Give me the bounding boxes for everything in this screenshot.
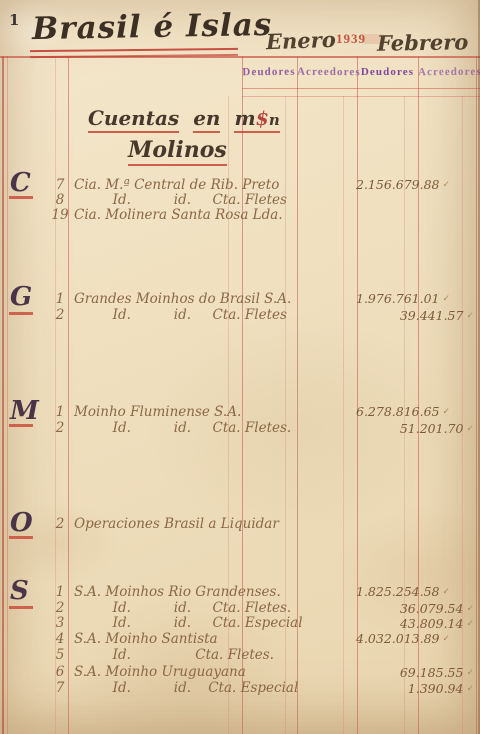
account-number: 7 [50, 177, 70, 193]
amount-deudores: 1.825.254.58✓ [356, 584, 450, 599]
account-name: Grandes Moinhos do Brasil S.A. [74, 291, 291, 307]
molinos-heading: Molinos [128, 137, 227, 166]
heading-word: Cuentas [88, 106, 179, 133]
account-number: 2 [50, 420, 70, 436]
ledger-page: 1 Brasil é Islas Enero 1939 Febrero Deud… [0, 0, 480, 734]
amount-acreedores: 1.390.94✓ [390, 681, 474, 696]
check-mark: ✓ [443, 180, 451, 190]
account-number: 8 [50, 192, 70, 208]
account-name: Id. id. Cta. Especial [74, 680, 298, 696]
column-header-deudores-2: Deudores [357, 66, 418, 78]
section-letter-underline [9, 536, 33, 539]
accounts-heading: Cuentasenm$n [88, 106, 280, 130]
check-mark: ✓ [466, 619, 474, 629]
ledger-row: 7 Id. id. Cta. Especial 1.390.94✓ [0, 680, 480, 697]
check-mark: ✓ [466, 684, 474, 694]
check-mark: ✓ [466, 311, 474, 321]
subheader-hline [242, 88, 480, 89]
check-mark: ✓ [443, 634, 451, 644]
account-number: 6 [50, 664, 70, 680]
check-mark: ✓ [466, 604, 474, 614]
month-label-enero: Enero [266, 27, 337, 54]
dollar-sign: $ [256, 108, 269, 130]
ledger-row: 6 S.A. Moinho Uruguayana 69.185.55✓ [0, 664, 480, 681]
check-mark: ✓ [466, 424, 474, 434]
amount-acreedores: 43.809.14✓ [390, 616, 474, 631]
account-number: 19 [50, 207, 70, 223]
account-name: S.A. Moinho Uruguayana [74, 664, 246, 680]
ledger-row: 2 Operaciones Brasil a Liquidar [0, 516, 480, 533]
account-number: 2 [50, 516, 70, 532]
account-name: Id. id. Cta. Especial [74, 615, 303, 631]
column-header-acreedores-1: Acreedores [297, 66, 357, 78]
amount-deudores: 2.156.679.88✓ [356, 177, 450, 192]
account-name: Cia. Molinera Santa Rosa Lda. [74, 207, 283, 223]
currency-unit: m$n [234, 106, 279, 133]
account-number: 1 [50, 584, 70, 600]
account-name: Id. Cta. Fletes. [74, 647, 274, 663]
account-name: Cia. M.ª Central de Rib. Preto [74, 177, 279, 193]
account-name: Moinho Fluminense S.A. [74, 404, 241, 420]
account-name: Operaciones Brasil a Liquidar [74, 516, 279, 532]
account-number: 5 [50, 647, 70, 663]
account-name: S.A. Moinho Santista [74, 631, 218, 647]
ledger-row: 5 Id. Cta. Fletes. [0, 647, 480, 664]
amount-acreedores: 39.441.57✓ [390, 308, 474, 323]
account-number: 7 [50, 680, 70, 696]
ledger-row: 3 Id. id. Cta. Especial 43.809.14✓ [0, 615, 480, 632]
subheader-hline-2 [242, 96, 480, 97]
account-name: Id. id. Cta. Fletes. [74, 420, 291, 436]
account-name: Id. id. Cta. Fletes [74, 307, 287, 323]
amount-deudores: 6.278.816.65✓ [356, 404, 450, 419]
ledger-row: 1 Moinho Fluminense S.A. 6.278.816.65✓ [0, 404, 480, 421]
ledger-row: 2 Id. id. Cta. Fletes. 51.201.70✓ [0, 420, 480, 437]
ledger-row: 2 Id. id. Cta. Fletes 39.441.57✓ [0, 307, 480, 324]
account-number: 2 [50, 307, 70, 323]
amount-acreedores: 69.185.55✓ [390, 665, 474, 680]
amount-acreedores: 51.201.70✓ [390, 421, 474, 436]
account-number: 1 [50, 404, 70, 420]
account-name: Id. id. Cta. Fletes [74, 192, 287, 208]
account-number: 3 [50, 615, 70, 631]
account-name: S.A. Moinhos Rio Grandenses. [74, 584, 281, 600]
page-number: 1 [9, 11, 19, 29]
amount-acreedores: 36.079.54✓ [390, 601, 474, 616]
account-number: 1 [50, 291, 70, 307]
account-name: Id. id. Cta. Fletes. [74, 600, 291, 616]
amount-deudores: 4.032.013.89✓ [356, 631, 450, 646]
ledger-row: 4 S.A. Moinho Santista 4.032.013.89✓ [0, 631, 480, 648]
month-label-febrero: Febrero [377, 29, 469, 56]
column-header-deudores-1: Deudores [241, 66, 297, 78]
check-mark: ✓ [443, 407, 451, 417]
account-number: 4 [50, 631, 70, 647]
heading-word: en [193, 106, 220, 133]
check-mark: ✓ [443, 294, 451, 304]
check-mark: ✓ [443, 587, 451, 597]
amount-deudores: 1.976.761.01✓ [356, 291, 450, 306]
page-title: Brasil é Islas [32, 7, 273, 47]
ledger-row: 19 Cia. Molinera Santa Rosa Lda. [0, 207, 480, 224]
account-number: 2 [50, 600, 70, 616]
ledger-row: 1 S.A. Moinhos Rio Grandenses. 1.825.254… [0, 584, 480, 601]
ledger-row: 1 Grandes Moinhos do Brasil S.A. 1.976.7… [0, 291, 480, 308]
column-header-acreedores-2: Acreedores [418, 66, 476, 78]
check-mark: ✓ [466, 668, 474, 678]
